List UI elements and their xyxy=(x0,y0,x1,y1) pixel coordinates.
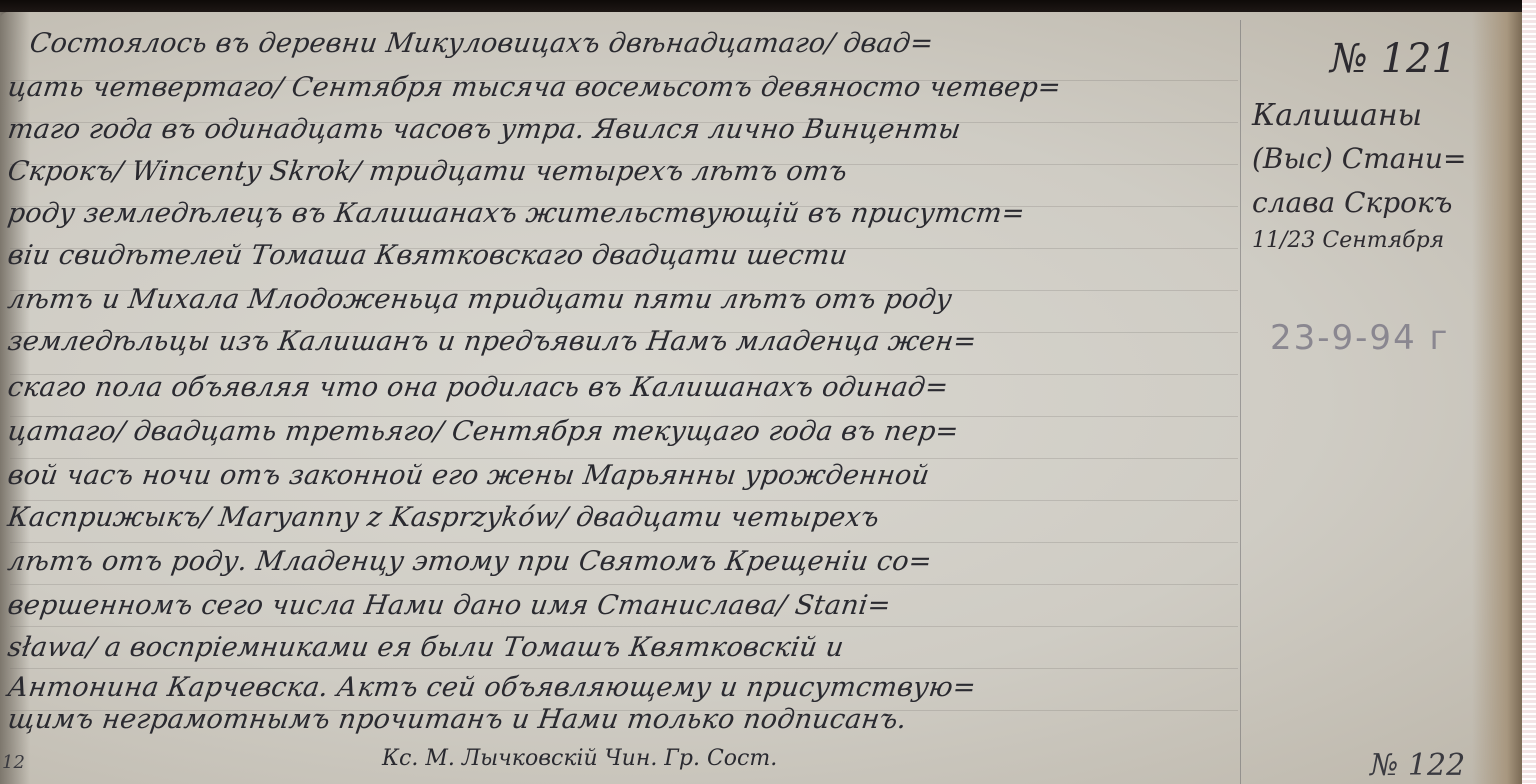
record-line: лѣтъ и Михала Млодоженьца тридцати пяти … xyxy=(6,284,1246,315)
right-border-strip xyxy=(1522,0,1536,784)
record-line: щимъ неграмотнымъ прочитанъ и Нами тольк… xyxy=(6,704,1246,735)
pencil-date-annotation: 23-9-94 г xyxy=(1270,318,1449,358)
ruled-line xyxy=(10,500,1238,501)
ruled-line xyxy=(10,584,1238,585)
record-line: лѣтъ отъ роду. Младенцу этому при Святом… xyxy=(6,546,1246,577)
record-line: цать четвертаго/ Сентября тысяча восемьс… xyxy=(6,72,1246,103)
record-line: земледѣльцы изъ Калишанъ и предъявилъ На… xyxy=(6,326,1246,357)
ruled-line xyxy=(10,668,1238,669)
margin-child-name-1: (Выс) Стани= xyxy=(1252,142,1466,175)
record-line: sława/ а воспріемниками ея были Томашъ К… xyxy=(6,632,1246,663)
left-margin-fragment: 12 xyxy=(2,752,25,773)
record-line: скаго пола объявляя что она родилась въ … xyxy=(6,372,1246,403)
record-line: вой часъ ночи отъ законной его жены Марь… xyxy=(6,460,1246,491)
next-record-number: № 122 xyxy=(1370,748,1465,783)
record-number: № 121 xyxy=(1330,36,1457,82)
ruled-line xyxy=(10,458,1238,459)
record-line: цатаго/ двадцать третьяго/ Сентября теку… xyxy=(6,416,1246,447)
ruled-line xyxy=(10,542,1238,543)
record-line: Антонина Карчевска. Актъ сей объявляющем… xyxy=(6,672,1246,703)
margin-child-name-2: слава Скрокъ xyxy=(1252,186,1452,219)
record-line: Касприжыкъ/ Maryanny z Kasprzyków/ двадц… xyxy=(6,502,1246,533)
margin-village: Калишаны xyxy=(1252,98,1422,133)
record-line: Состоялось въ деревни Микуловицахъ двѣна… xyxy=(28,28,1268,59)
record-line: Скрокъ/ Wincenty Skrok/ тридцати четырех… xyxy=(6,156,1246,187)
margin-date: 11/23 Сентября xyxy=(1252,228,1444,253)
page-right-edge xyxy=(1472,12,1522,784)
record-line: вершенномъ сего числа Нами дано имя Стан… xyxy=(6,590,1246,621)
record-line: таго года въ одинадцать часовъ утра. Яви… xyxy=(6,114,1246,145)
signature-line: Кс. М. Лычковскій Чин. Гр. Сост. xyxy=(382,746,777,771)
record-line: віи свидѣтелей Томаша Квятковскаго двадц… xyxy=(6,240,1246,271)
record-line: роду земледѣлецъ въ Калишанахъ жительств… xyxy=(6,198,1246,229)
ruled-line xyxy=(10,626,1238,627)
